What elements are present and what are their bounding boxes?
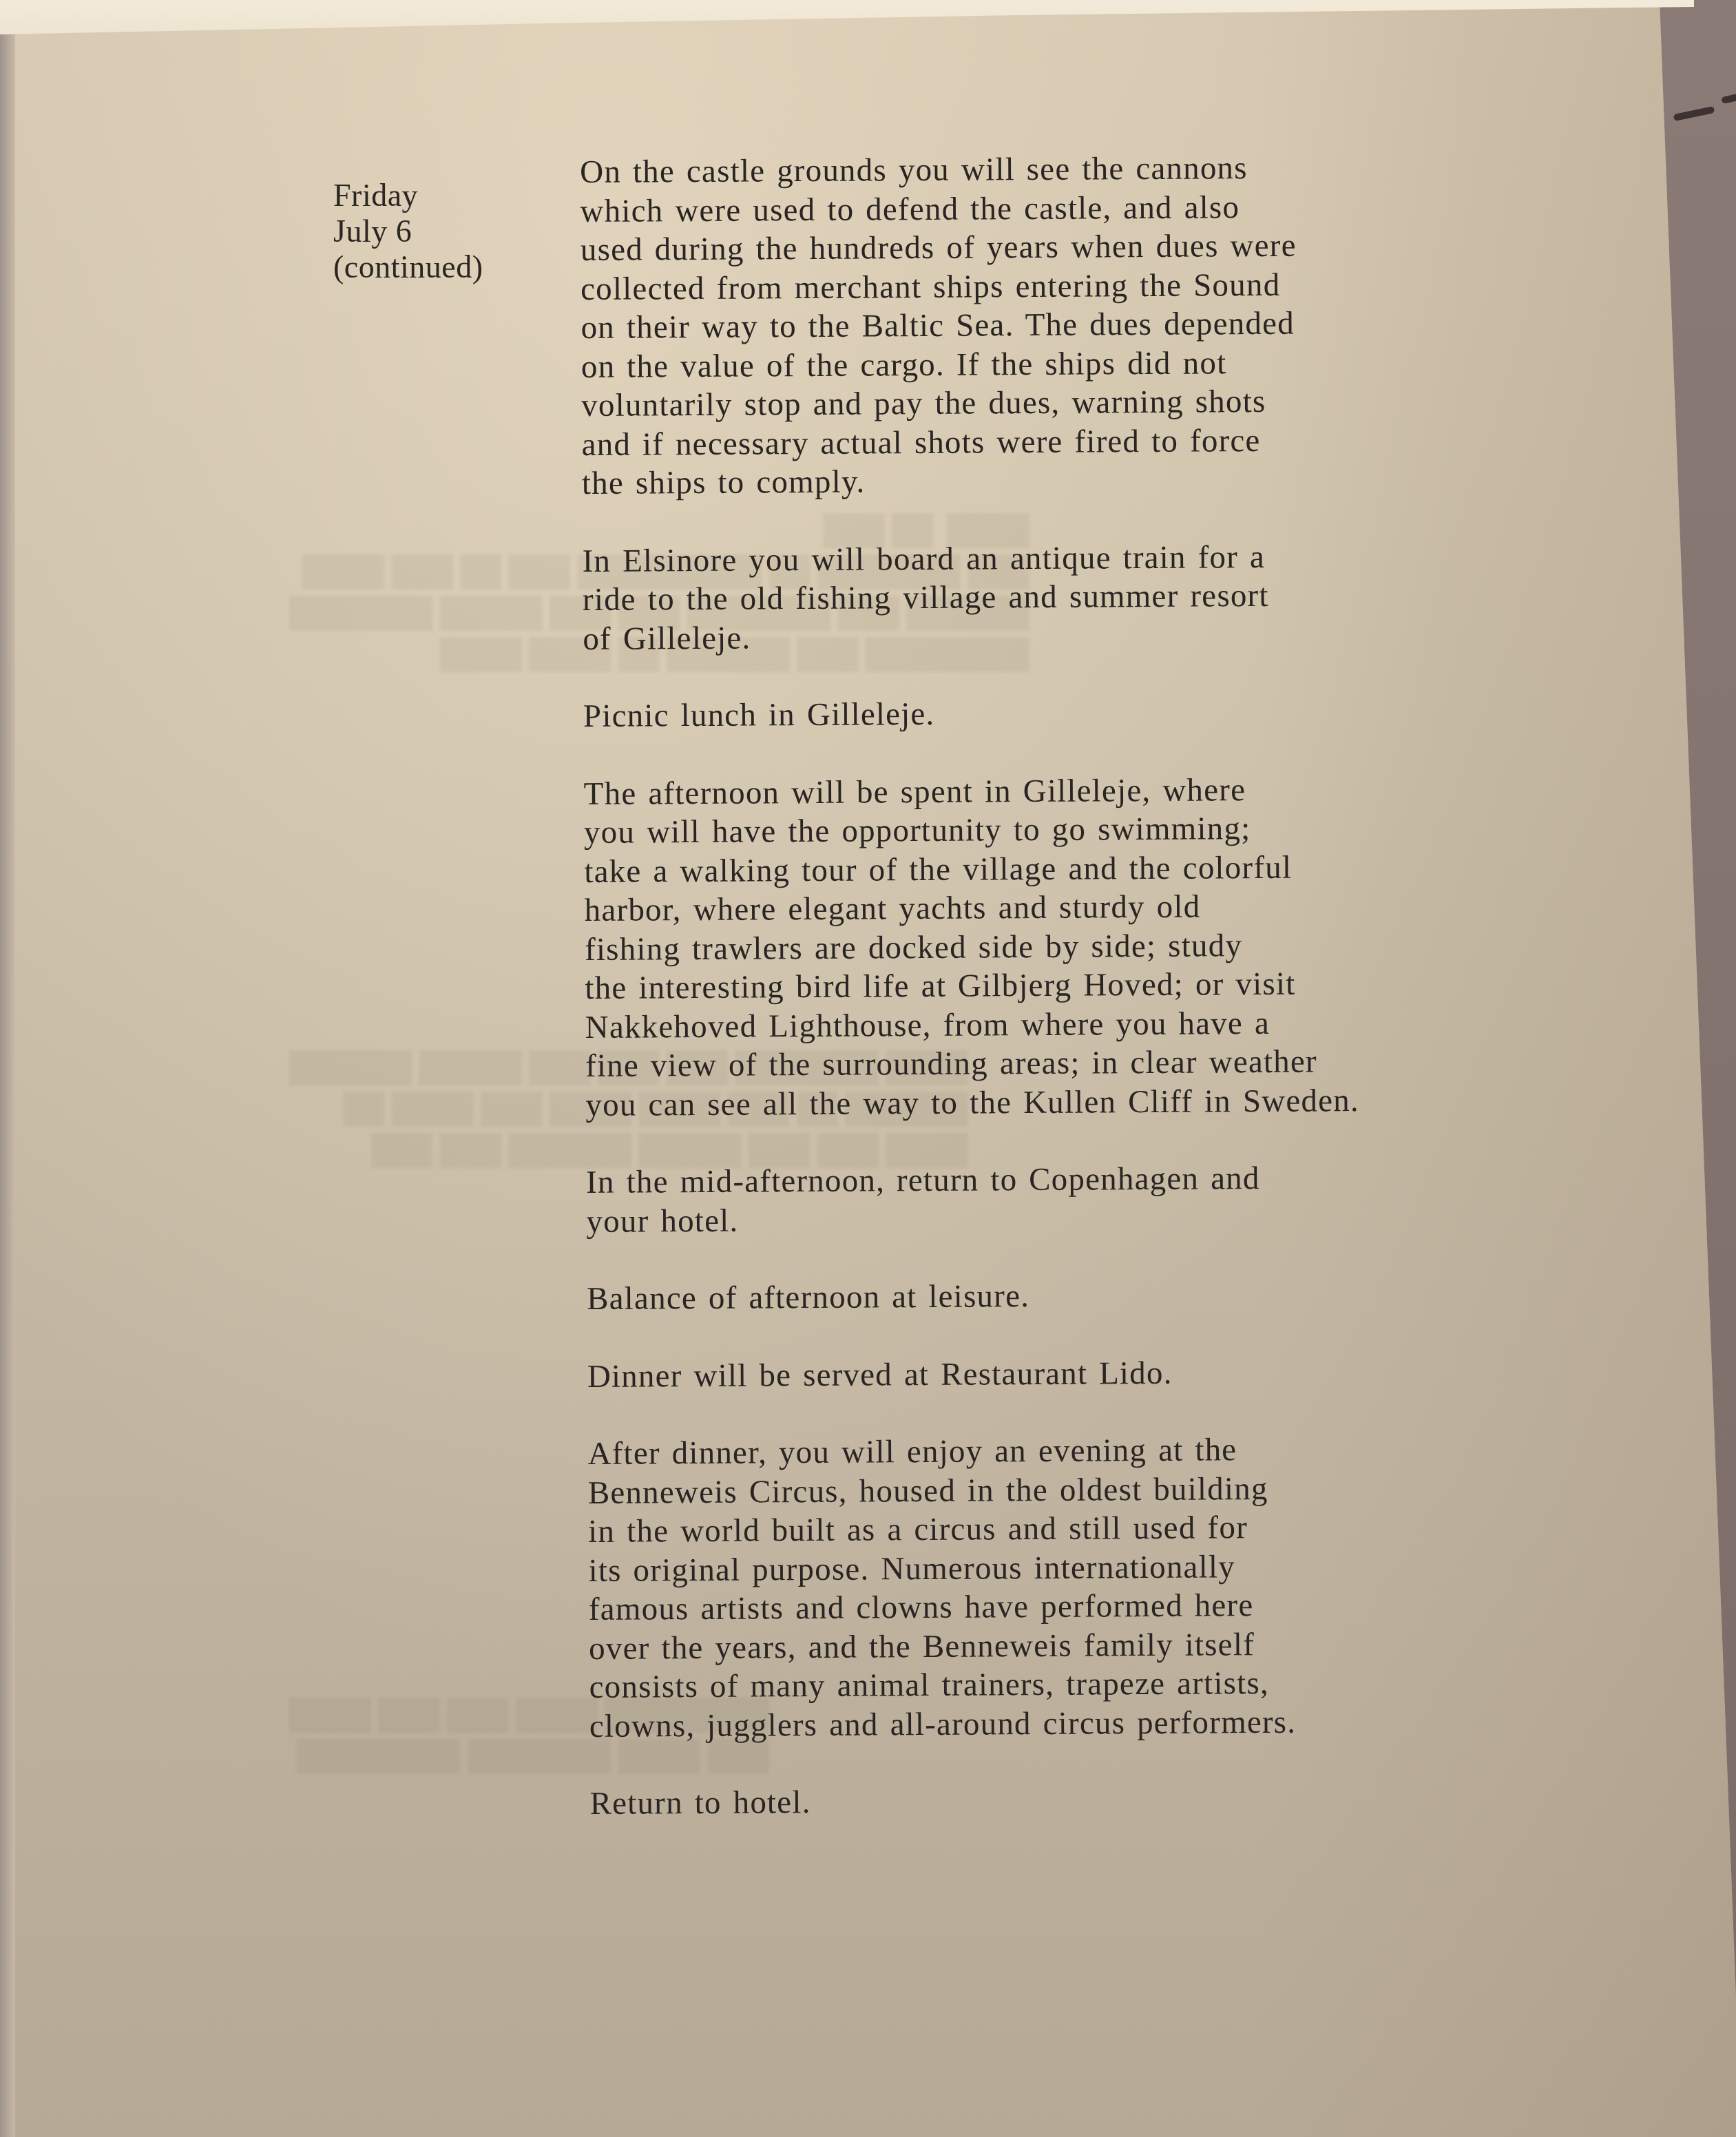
pen-mark — [1673, 106, 1715, 121]
text-line: In the mid-afternoon, return to Copenhag… — [586, 1157, 1550, 1202]
text-line: In Elsinore you will board an antique tr… — [582, 536, 1546, 581]
text-line: clowns, jugglers and all-around circus p… — [589, 1701, 1554, 1746]
text-line: on their way to the Baltic Sea. The dues… — [581, 302, 1545, 347]
text-line: collected from merchant ships entering t… — [581, 264, 1545, 309]
pen-mark — [1721, 93, 1736, 104]
text-line: After dinner, you will enjoy an evening … — [587, 1428, 1551, 1473]
text-line: the ships to comply. — [582, 458, 1546, 503]
text-line: Balance of afternoon at leisure. — [587, 1273, 1551, 1318]
itinerary-body: On the castle grounds you will see the c… — [580, 147, 1554, 1862]
text-line: fishing trawlers are docked side by side… — [585, 924, 1549, 969]
page-left-edge — [0, 28, 15, 2137]
text-line: on the value of the cargo. If the ships … — [581, 342, 1545, 386]
text-line: Nakkehoved Lighthouse, from where you ha… — [585, 1002, 1549, 1047]
date-note: (continued) — [333, 249, 483, 285]
text-line: its original purpose. Numerous internati… — [588, 1545, 1552, 1590]
itinerary-paragraph: In Elsinore you will board an antique tr… — [582, 536, 1547, 658]
text-line: you can see all the way to the Kullen Cl… — [585, 1080, 1549, 1125]
date-day: Friday — [333, 178, 483, 213]
text-line: famous artists and clowns have performed… — [589, 1584, 1553, 1629]
text-line: On the castle grounds you will see the c… — [580, 147, 1544, 191]
text-line: your hotel. — [586, 1196, 1550, 1241]
text-line: voluntarily stop and pay the dues, warni… — [581, 380, 1545, 425]
text-line: Benneweis Circus, housed in the oldest b… — [588, 1468, 1552, 1512]
itinerary-paragraph: In the mid-afternoon, return to Copenhag… — [586, 1157, 1551, 1241]
date-date: July 6 — [333, 213, 483, 249]
text-line: fine view of the surrounding areas; in c… — [585, 1041, 1549, 1085]
date-label: Friday July 6 (continued) — [333, 178, 483, 285]
itinerary-paragraph: After dinner, you will enjoy an evening … — [587, 1428, 1554, 1746]
text-line: Picnic lunch in Gilleleje. — [583, 691, 1547, 736]
text-line: Return to hotel. — [589, 1778, 1554, 1823]
text-line: which were used to defend the castle, an… — [580, 186, 1544, 231]
itinerary-paragraph: The afternoon will be spent in Gilleleje… — [584, 769, 1550, 1125]
text-line: take a walking tour of the village and t… — [584, 846, 1548, 891]
text-line: The afternoon will be spent in Gilleleje… — [584, 769, 1548, 813]
text-line: consists of many animal trainers, trapez… — [589, 1662, 1553, 1707]
text-line: of Gilleleje. — [583, 614, 1547, 658]
text-line: you will have the opportunity to go swim… — [584, 807, 1548, 852]
itinerary-paragraph: Dinner will be served at Restaurant Lido… — [587, 1351, 1551, 1396]
itinerary-paragraph: On the castle grounds you will see the c… — [580, 147, 1546, 503]
text-line: the interesting bird life at Gilbjerg Ho… — [585, 963, 1549, 1008]
itinerary-paragraph: Balance of afternoon at leisure. — [587, 1273, 1551, 1318]
text-line: over the years, and the Benneweis family… — [589, 1623, 1553, 1668]
text-line: and if necessary actual shots were fired… — [581, 419, 1545, 464]
text-line: Dinner will be served at Restaurant Lido… — [587, 1351, 1551, 1396]
text-line: in the world built as a circus and still… — [588, 1506, 1552, 1551]
text-line: used during the hundreds of years when d… — [581, 225, 1545, 269]
text-line: harbor, where elegant yachts and sturdy … — [585, 885, 1549, 930]
text-line: ride to the old fishing village and summ… — [583, 574, 1547, 619]
itinerary-paragraph: Return to hotel. — [589, 1778, 1554, 1823]
itinerary-paragraph: Picnic lunch in Gilleleje. — [583, 691, 1547, 736]
